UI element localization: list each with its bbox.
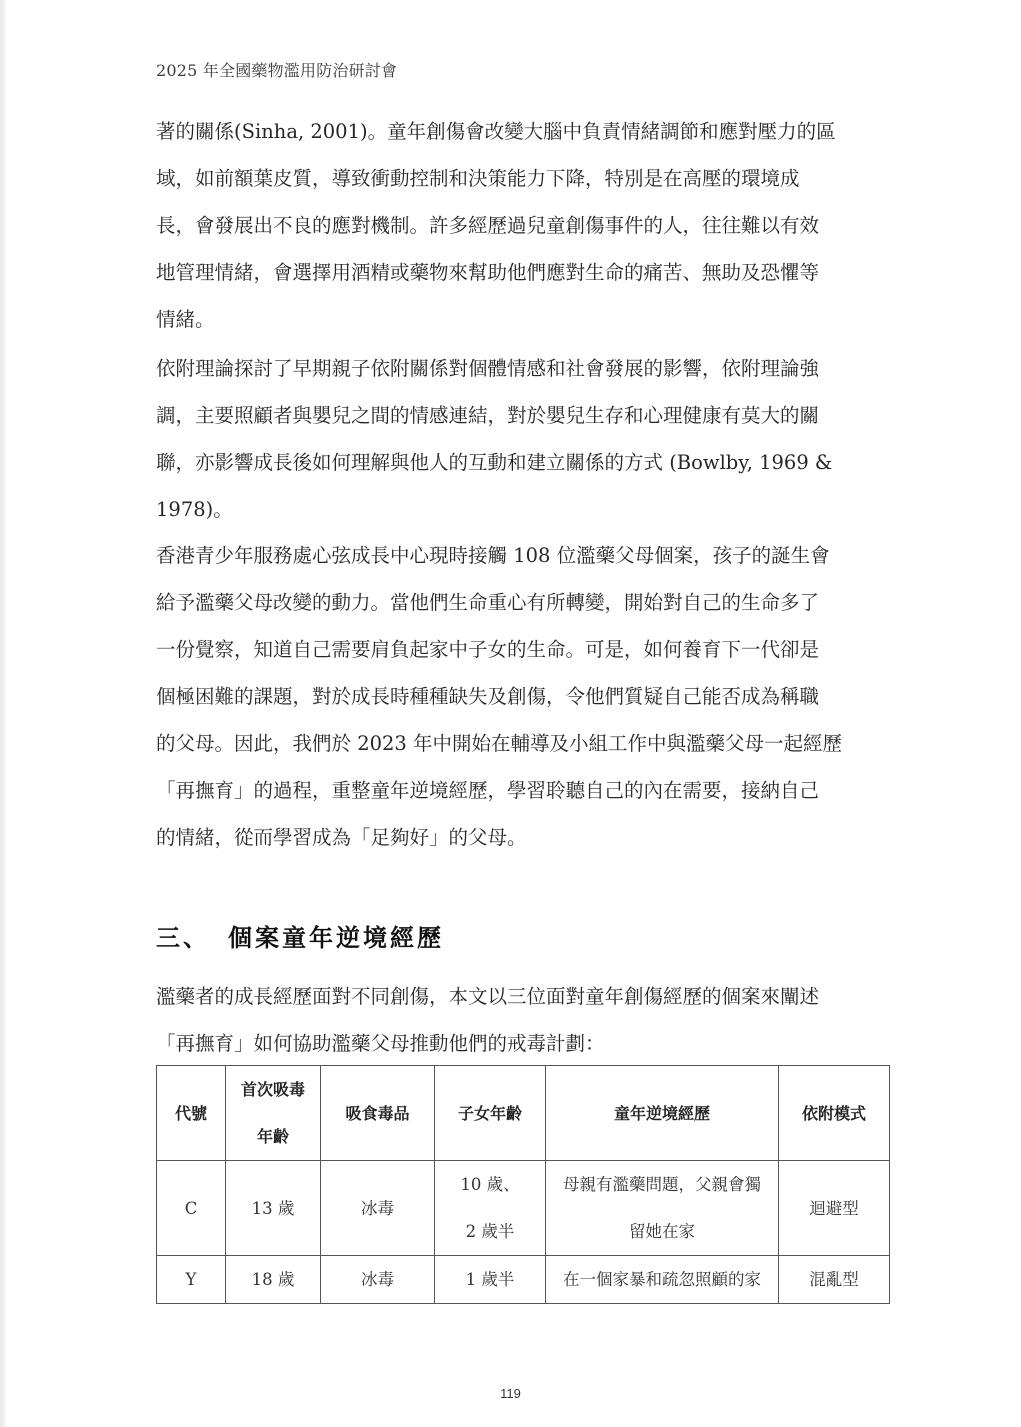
table-header-row: 代號 首次吸毒 年齡 吸食毒品 子女年齡 童年逆境經歷 依附模式 bbox=[157, 1066, 890, 1161]
paragraph-line: 調，主要照顧者與嬰兒之間的情感連結，對於嬰兒生存和心理健康有莫大的關 bbox=[156, 392, 891, 439]
table-row: Y 18 歲 冰毒 1 歲半 在一個家暴和疏忽照顧的家 混亂型 bbox=[157, 1256, 890, 1304]
cell-first-use-age: 18 歲 bbox=[226, 1256, 321, 1304]
cell-adversity: 在一個家暴和疏忽照顧的家 bbox=[546, 1256, 779, 1304]
cell-line: 2 歲半 bbox=[435, 1208, 545, 1255]
cell-drug: 冰毒 bbox=[321, 1161, 435, 1256]
paragraph-line: 長，會發展出不良的應對機制。許多經歷過兒童創傷事件的人，往往難以有效 bbox=[156, 202, 891, 249]
paragraph-line: 濫藥者的成長經歷面對不同創傷，本文以三位面對童年創傷經歷的個案來闡述 bbox=[156, 973, 891, 1020]
header-child-age: 子女年齡 bbox=[435, 1066, 546, 1161]
table-row: C 13 歲 冰毒 10 歲、 2 歲半 母親有濫藥問題，父親會獨 留她在家 迴… bbox=[157, 1161, 890, 1256]
paragraph-line: 的情緒，從而學習成為「足夠好」的父母。 bbox=[156, 814, 891, 861]
page-number: 119 bbox=[0, 1386, 1021, 1401]
header-code: 代號 bbox=[157, 1066, 226, 1161]
section-heading: 三、個案童年逆境經歷 bbox=[156, 918, 444, 953]
paragraph-line: 「再撫育」的過程，重整童年逆境經歷，學習聆聽自己的內在需要，接納自己 bbox=[156, 767, 891, 814]
paragraph-line: 著的關係(Sinha, 2001)。童年創傷會改變大腦中負責情緒調節和應對壓力的… bbox=[156, 108, 891, 155]
paragraph-line: 一份覺察，知道自己需要肩負起家中子女的生命。可是，如何養育下一代卻是 bbox=[156, 626, 891, 673]
section-number: 三、 bbox=[156, 924, 210, 952]
cell-attachment: 混亂型 bbox=[779, 1256, 890, 1304]
paragraph-line: 依附理論探討了早期親子依附關係對個體情感和社會發展的影響，依附理論強 bbox=[156, 345, 891, 392]
section-title: 個案童年逆境經歷 bbox=[228, 924, 444, 952]
paragraph-line: 個極困難的課題，對於成長時種種缺失及創傷，令他們質疑自己能否成為稱職 bbox=[156, 673, 891, 720]
paragraph-line: 「再撫育」如何協助濫藥父母推動他們的戒毒計劃： bbox=[156, 1020, 891, 1067]
cell-attachment: 迴避型 bbox=[779, 1161, 890, 1256]
paragraph-line: 域，如前額葉皮質，導致衝動控制和決策能力下降，特別是在高壓的環境成 bbox=[156, 155, 891, 202]
cell-line: 留她在家 bbox=[546, 1208, 778, 1255]
paragraph-reparenting: 香港青少年服務處心弦成長中心現時接觸 108 位濫藥父母個案，孩子的誕生會 給予… bbox=[156, 532, 891, 861]
cell-child-age: 10 歲、 2 歲半 bbox=[435, 1161, 546, 1256]
cell-line: 母親有濫藥問題，父親會獨 bbox=[546, 1161, 778, 1208]
cell-adversity: 母親有濫藥問題，父親會獨 留她在家 bbox=[546, 1161, 779, 1256]
paragraph-line: 給予濫藥父母改變的動力。當他們生命重心有所轉變，開始對自己的生命多了 bbox=[156, 579, 891, 626]
paragraph-attachment-theory: 依附理論探討了早期親子依附關係對個體情感和社會發展的影響，依附理論強 調，主要照… bbox=[156, 345, 891, 533]
header-line: 年齡 bbox=[226, 1113, 320, 1160]
cell-code: Y bbox=[157, 1256, 226, 1304]
paragraph-line: 的父母。因此，我們於 2023 年中開始在輔導及小組工作中與濫藥父母一起經歷 bbox=[156, 720, 891, 767]
paragraph-line: 香港青少年服務處心弦成長中心現時接觸 108 位濫藥父母個案，孩子的誕生會 bbox=[156, 532, 891, 579]
cell-drug: 冰毒 bbox=[321, 1256, 435, 1304]
page-edge-shadow bbox=[0, 0, 6, 1427]
header-first-use-age: 首次吸毒 年齡 bbox=[226, 1066, 321, 1161]
cell-child-age: 1 歲半 bbox=[435, 1256, 546, 1304]
header-line: 首次吸毒 bbox=[226, 1066, 320, 1113]
paragraph-line: 地管理情緒，會選擇用酒精或藥物來幫助他們應對生命的痛苦、無助及恐懼等 bbox=[156, 249, 891, 296]
header-drug: 吸食毒品 bbox=[321, 1066, 435, 1161]
paragraph-trauma: 著的關係(Sinha, 2001)。童年創傷會改變大腦中負責情緒調節和應對壓力的… bbox=[156, 108, 891, 343]
paragraph-line: 情緒。 bbox=[156, 296, 891, 343]
paragraph-line: 1978)。 bbox=[156, 486, 891, 533]
header-adversity: 童年逆境經歷 bbox=[546, 1066, 779, 1161]
cell-first-use-age: 13 歲 bbox=[226, 1161, 321, 1256]
section-intro: 濫藥者的成長經歷面對不同創傷，本文以三位面對童年創傷經歷的個案來闡述 「再撫育」… bbox=[156, 973, 891, 1067]
cell-line: 10 歲、 bbox=[435, 1161, 545, 1208]
header-attachment: 依附模式 bbox=[779, 1066, 890, 1161]
cell-code: C bbox=[157, 1161, 226, 1256]
case-table: 代號 首次吸毒 年齡 吸食毒品 子女年齡 童年逆境經歷 依附模式 C 13 歲 … bbox=[156, 1065, 890, 1304]
paragraph-line: 聯，亦影響成長後如何理解與他人的互動和建立關係的方式 (Bowlby, 1969… bbox=[156, 439, 891, 486]
running-header: 2025 年全國藥物濫用防治研討會 bbox=[156, 58, 397, 81]
